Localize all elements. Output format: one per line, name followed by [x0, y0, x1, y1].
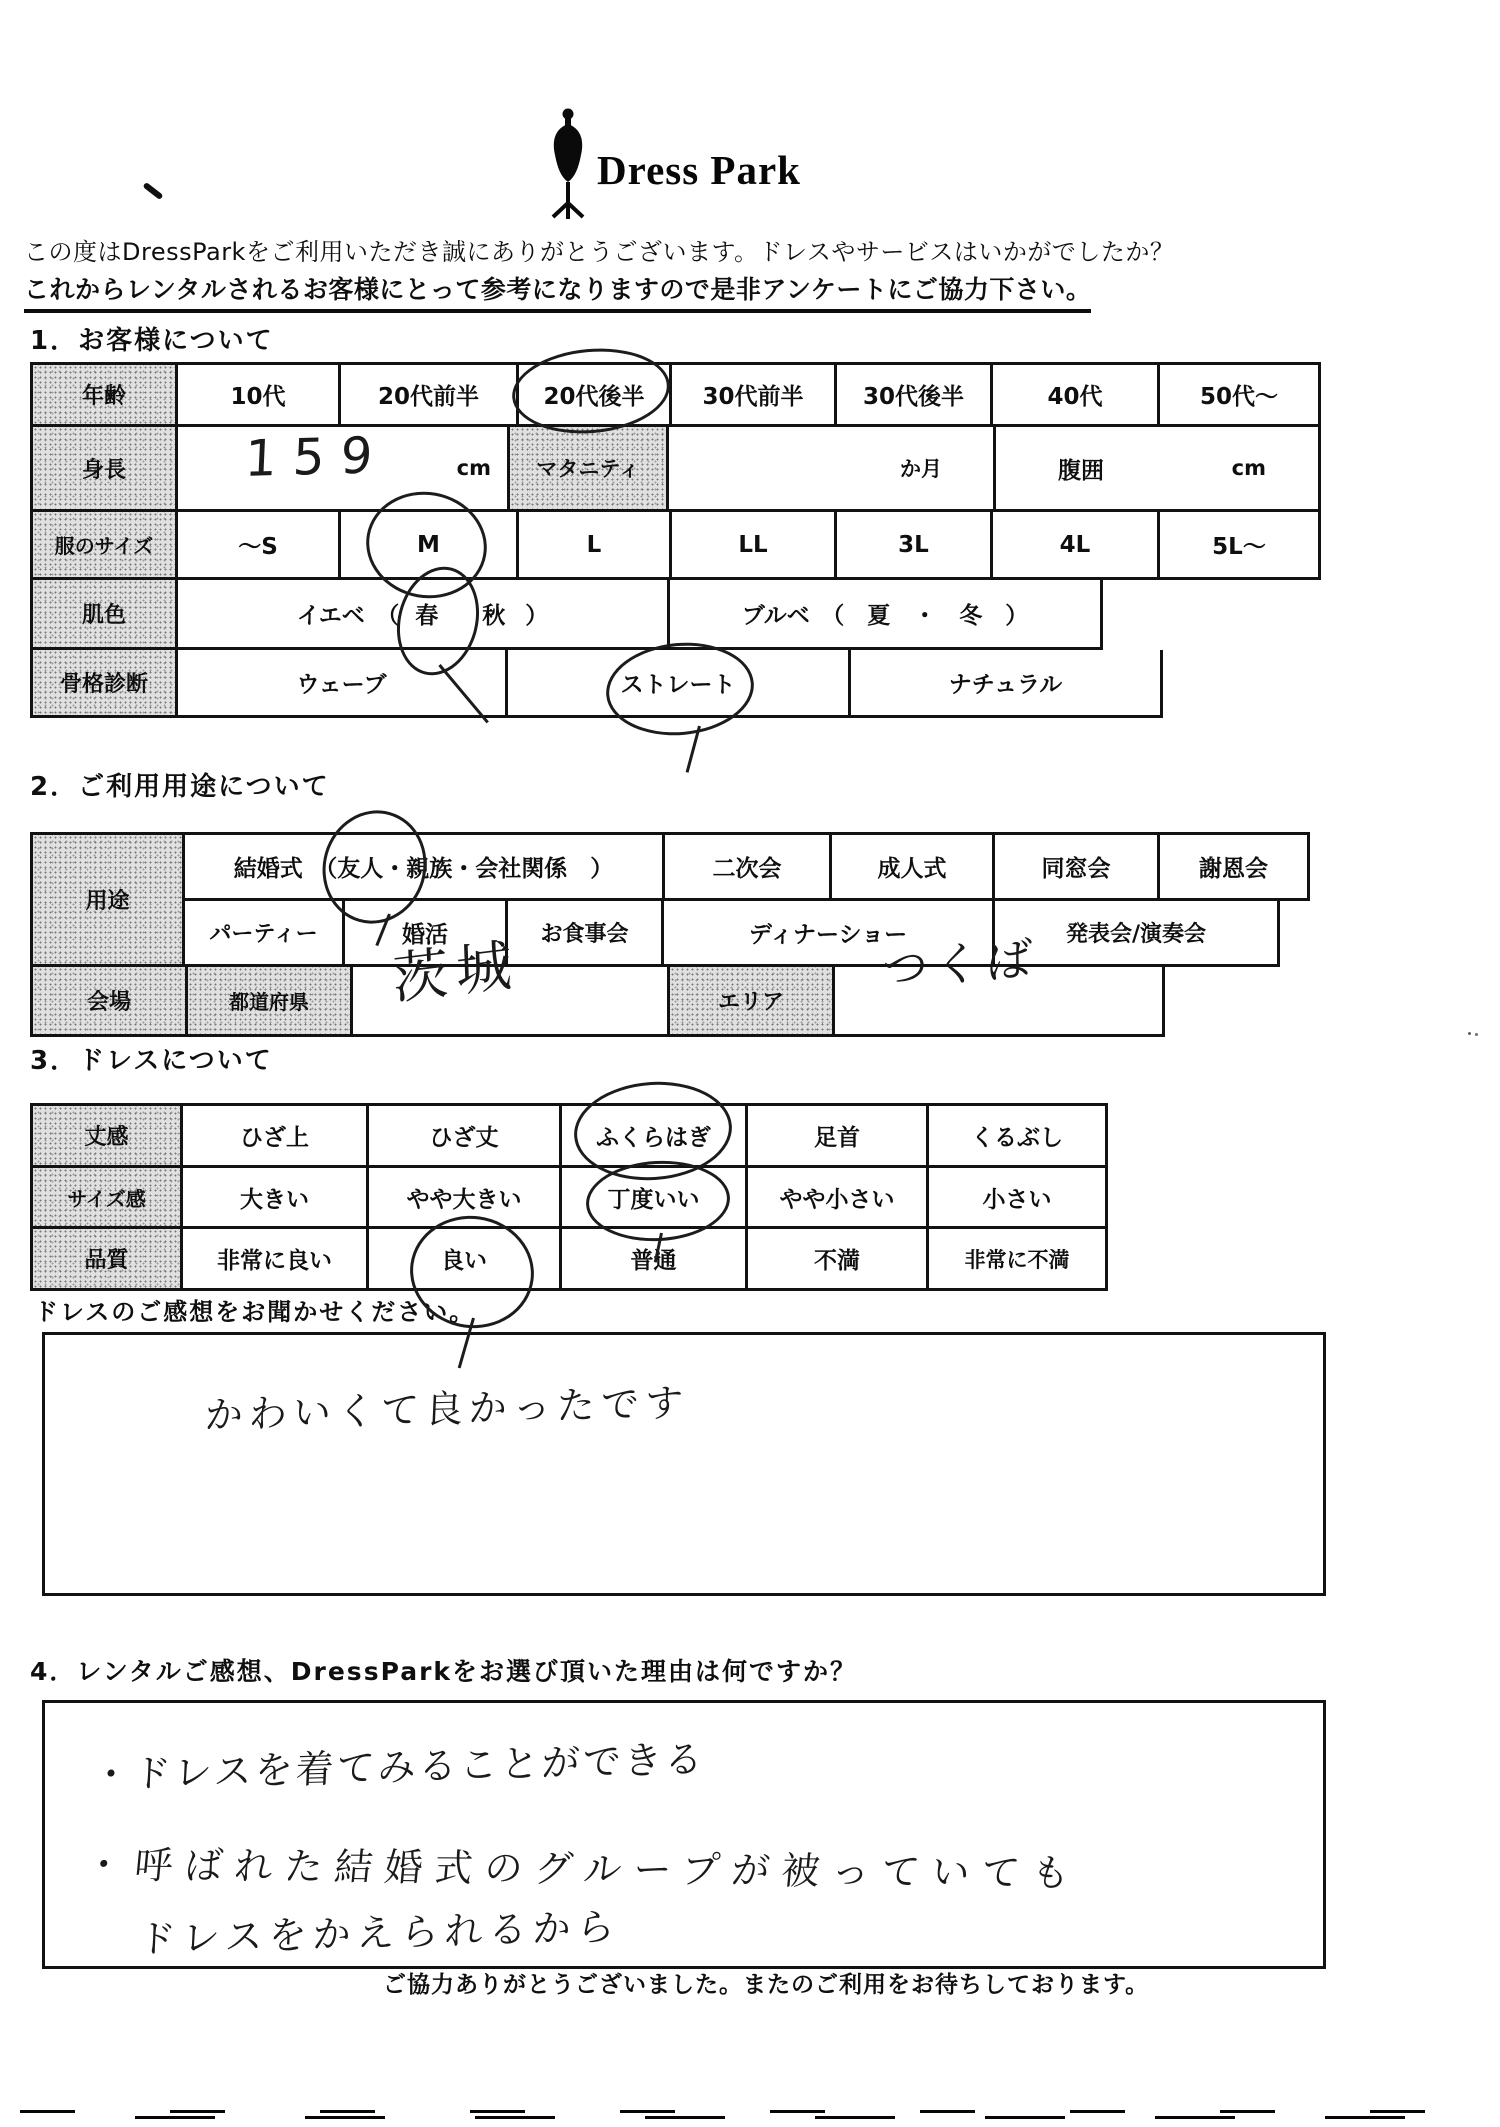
size-option-3l: 3L: [837, 512, 993, 580]
quality-label: 品質: [33, 1229, 183, 1291]
section3-title: 3．ドレスについて: [30, 1040, 273, 1077]
quality-option-very-dissatisfied: 非常に不満: [929, 1229, 1108, 1291]
purpose-option-coming-of-age: 成人式: [832, 835, 995, 901]
skin-blue-base-cell: ブルベ （ 夏 ・ 冬 ）: [670, 580, 1103, 650]
pen-mark-artifact: [142, 182, 163, 200]
intro-line2: これからレンタルされるお客様にとって参考になりますので是非アンケートにご協力下さ…: [24, 270, 1091, 313]
quality-option-dissatisfied: 不満: [748, 1229, 929, 1291]
length-option-anklebone: くるぶし: [929, 1106, 1108, 1168]
purpose-option-reunion: 同窓会: [995, 835, 1160, 901]
section4-title: 4．レンタルご感想、DressParkをお選び頂いた理由は何ですか？: [30, 1652, 857, 1688]
skin-option-autumn: 秋: [482, 597, 505, 630]
waist-unit: cm: [1232, 456, 1266, 480]
prefecture-label: 都道府県: [188, 967, 353, 1037]
section2-title: 2．ご利用用途について: [30, 766, 330, 803]
handwritten-prefecture: 茨城: [391, 920, 521, 1016]
skin-yellow-post: ）: [525, 597, 548, 630]
handwritten-area: つくば: [881, 922, 1039, 999]
skin-label: 肌色: [33, 580, 178, 650]
scan-artifact-line: [45, 2116, 1475, 2119]
dress-form-icon: [545, 108, 591, 220]
length-label: 丈感: [33, 1106, 183, 1168]
length-option-above-knee: ひざ上: [183, 1106, 369, 1168]
usage-table: 用途 結婚式 （ 友人 ・親族・会社関係 ） 二次会 成人式 同窓会 謝恩会 パ…: [30, 832, 1310, 1037]
fit-label: サイズ感: [33, 1168, 183, 1229]
age-option-20s-early: 20代前半: [341, 365, 519, 427]
length-option-knee: ひざ丈: [369, 1106, 562, 1168]
scan-artifact-dots: [1468, 1032, 1471, 1035]
size-option-4l: 4L: [993, 512, 1160, 580]
age-option-40s: 40代: [993, 365, 1160, 427]
size-option-l: L: [519, 512, 672, 580]
size-label: 服のサイズ: [33, 512, 178, 580]
purpose-label: 用途: [33, 835, 185, 967]
frame-option-natural: ナチュラル: [851, 650, 1163, 718]
intro-line1: この度はDressParkをご利用いただき誠にありがとうございます。ドレスやサー…: [24, 232, 1174, 267]
logo-brand: Dress Park: [597, 146, 801, 194]
age-option-10s: 10代: [178, 365, 341, 427]
quality-option-very-good: 非常に良い: [183, 1229, 369, 1291]
logo: Dress Park: [545, 108, 801, 220]
fit-option-large: 大きい: [183, 1168, 369, 1229]
purpose-option-afterparty: 二次会: [665, 835, 832, 901]
dress-table: 丈感 ひざ上 ひざ丈 ふくらはぎ 足首 くるぶし サイズ感 大きい やや大きい …: [30, 1103, 1108, 1291]
handwritten-height: 159: [244, 426, 390, 488]
age-option-30s-early: 30代前半: [672, 365, 837, 427]
purpose-option-dinner-party: お食事会: [508, 901, 664, 967]
scan-artifact-line: [20, 2110, 1475, 2113]
size-option-ll: LL: [672, 512, 837, 580]
purpose-option-party: パーティー: [185, 901, 345, 967]
maternity-label: マタニティ: [510, 427, 669, 512]
maternity-months-label: か月: [669, 427, 996, 512]
footer-note: ご協力ありがとうございました。またのご利用をお待ちしております。: [383, 1966, 1149, 1999]
fit-option-slightly-small: やや小さい: [748, 1168, 929, 1229]
height-unit: cm: [457, 456, 491, 480]
questionnaire-page: Dress Park この度はDressParkをご利用いただき誠にありがとうご…: [0, 0, 1500, 2127]
section1-title: 1．お客様について: [30, 320, 274, 357]
handwritten-reason-2: ・呼ばれた結婚式のグループが被っていても: [82, 1834, 1084, 1898]
area-label: エリア: [670, 967, 835, 1037]
skin-yellow-pre: イエベ （: [297, 597, 400, 630]
waist-cell: 腹囲 cm: [996, 427, 1321, 512]
frame-label: 骨格診断: [33, 650, 178, 718]
size-option-s: ～S: [178, 512, 341, 580]
size-option-5l: 5L～: [1160, 512, 1321, 580]
age-option-50s: 50代～: [1160, 365, 1321, 427]
age-label: 年齢: [33, 365, 178, 427]
purpose-option-thanks-party: 謝恩会: [1160, 835, 1310, 901]
venue-label: 会場: [33, 967, 188, 1037]
fit-option-small: 小さい: [929, 1168, 1108, 1229]
waist-label: 腹囲: [1058, 452, 1104, 485]
length-option-ankle: 足首: [748, 1106, 929, 1168]
height-label: 身長: [33, 427, 178, 512]
age-option-30s-late: 30代後半: [837, 365, 993, 427]
feedback-label: ドレスのご感想をお聞かせください。: [34, 1292, 475, 1327]
